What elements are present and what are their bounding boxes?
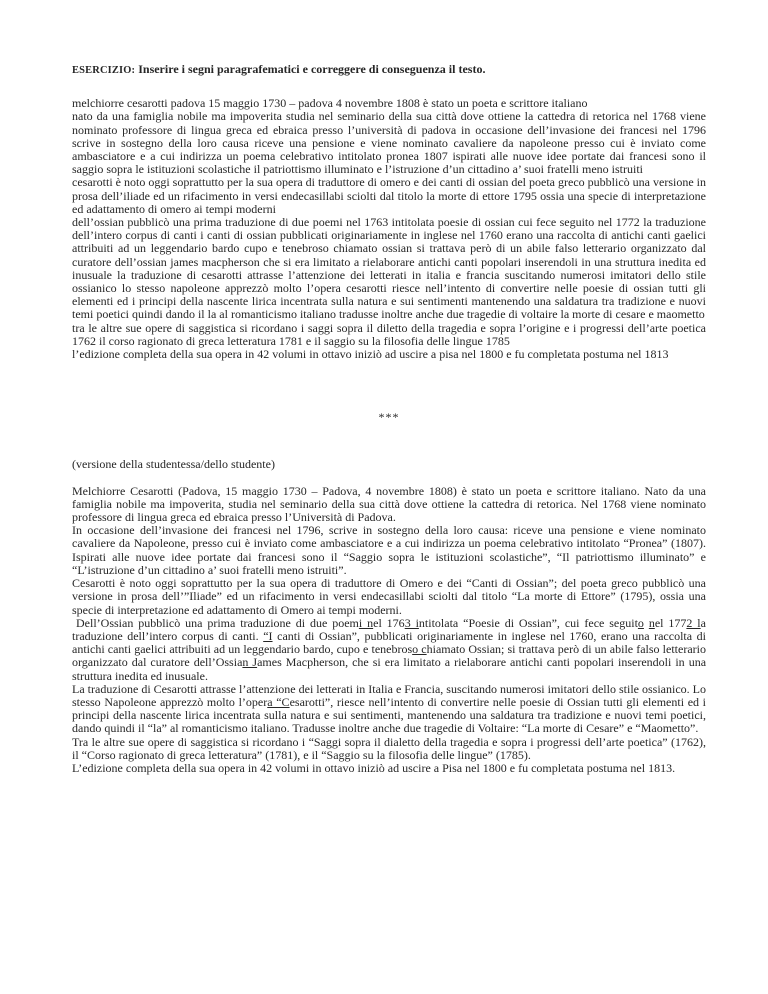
underlined-correction: n J (242, 655, 257, 669)
text-paragraph: Cesarotti è noto oggi soprattutto per la… (72, 577, 706, 617)
text-paragraph: cesarotti è noto oggi soprattutto per la… (72, 176, 706, 216)
text-paragraph: nato da una famiglia nobile ma impoverit… (72, 110, 706, 176)
text-segment: Cesarotti è noto oggi soprattutto per la… (72, 576, 706, 616)
text-segment: L’edizione completa della sua opera in 4… (72, 761, 675, 775)
underlined-correction: “I (263, 629, 272, 643)
text-paragraph: l’edizione completa della sua opera in 4… (72, 348, 706, 361)
underlined-correction: 3 i (405, 616, 419, 630)
text-segment: ntitolata “Poesie di Ossian”, cui fece s… (419, 616, 638, 630)
text-segment: In occasione dell’invasione dei francesi… (72, 523, 706, 577)
text-segment: dell’ossian pubblicò una prima traduzion… (72, 215, 706, 321)
text-paragraph: In occasione dell’invasione dei francesi… (72, 524, 706, 577)
underlined-correction: i n (359, 616, 373, 630)
exercise-title-prefix: ESERCIZIO: (72, 65, 135, 76)
text-segment: Tra le altre sue opere di saggistica si … (72, 735, 706, 762)
student-text-block: Melchiorre Cesarotti (Padova, 15 maggio … (72, 485, 706, 775)
text-paragraph: L’edizione completa della sua opera in 4… (72, 762, 706, 775)
exercise-text-block: melchiorre cesarotti padova 15 maggio 17… (72, 97, 706, 361)
text-segment: melchiorre cesarotti padova 15 maggio 17… (72, 96, 588, 110)
text-paragraph: Tra le altre sue opere di saggistica si … (72, 736, 706, 762)
text-paragraph: dell’ossian pubblicò una prima traduzion… (72, 216, 706, 322)
exercise-title-text: Inserire i segni paragrafematici e corre… (135, 62, 485, 76)
exercise-title: ESERCIZIO: Inserire i segni paragrafemat… (72, 63, 706, 77)
text-paragraph: Melchiorre Cesarotti (Padova, 15 maggio … (72, 485, 706, 525)
underlined-correction: o c (412, 642, 426, 656)
text-segment: l’edizione completa della sua opera in 4… (72, 347, 669, 361)
text-segment: el 177 (655, 616, 687, 630)
text-segment: nato da una famiglia nobile ma impoverit… (72, 109, 706, 176)
text-paragraph: Dell’Ossian pubblicò una prima traduzion… (72, 617, 706, 683)
text-segment: Melchiorre Cesarotti (Padova, 15 maggio … (72, 484, 706, 524)
document-page: ESERCIZIO: Inserire i segni paragrafemat… (0, 0, 768, 994)
text-segment: Dell’Ossian pubblicò una prima traduzion… (76, 616, 359, 630)
underlined-correction: 2 l (686, 616, 700, 630)
text-paragraph: La traduzione di Cesarotti attrasse l’at… (72, 683, 706, 736)
section-separator: *** (72, 411, 706, 424)
text-segment: tra le altre sue opere di saggistica si … (72, 321, 706, 348)
student-version-label: (versione della studentessa/dello studen… (72, 458, 706, 471)
text-paragraph: tra le altre sue opere di saggistica si … (72, 322, 706, 348)
text-segment: cesarotti è noto oggi soprattutto per la… (72, 175, 706, 215)
text-segment: el 176 (373, 616, 405, 630)
underlined-correction: a “C (267, 695, 289, 709)
